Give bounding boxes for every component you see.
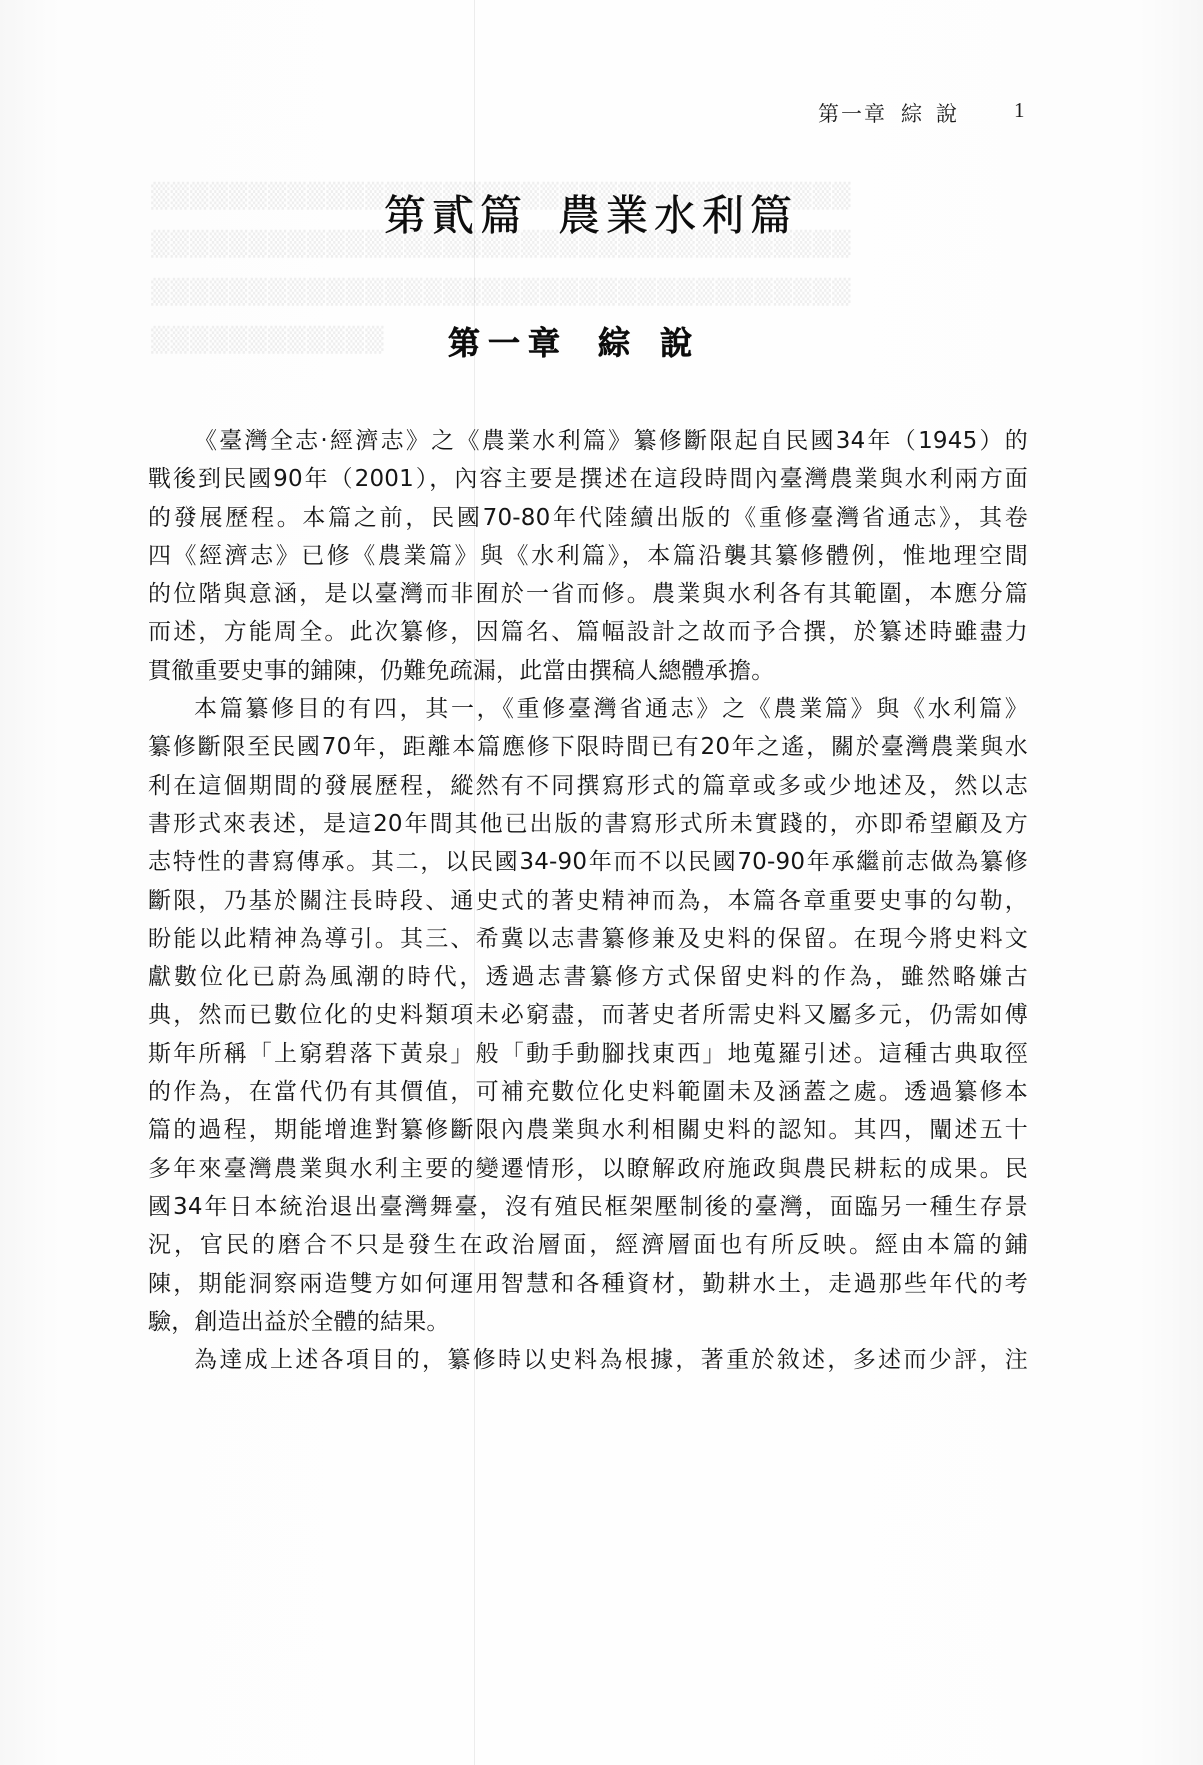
text-line: 戰後到民國90年（2001），內容主要是撰述在這段時間內臺灣農業與水利兩方面 [148,460,1028,498]
paragraph: 為達成上述各項目的，纂修時以史料為根據，著重於敘述，多述而少評，注 [148,1341,1028,1379]
text-line: 的作為，在當代仍有其價值，可補充數位化史料範圍未及涵蓋之處。透過纂修本 [148,1073,1028,1111]
running-head-chapter: 第一章 [818,102,887,126]
text-line: 況，官民的磨合不只是發生在政治層面，經濟層面也有所反映。經由本篇的鋪 [148,1226,1028,1264]
chapter-title-char: 綜 [598,324,630,362]
part-number: 第貳篇 [384,191,528,240]
part-title: 第貳篇農業水利篇 [384,183,798,243]
text-line: 而述，方能周全。此次纂修，因篇名、篇幅設計之故而予合撰，於纂述時雖盡力 [148,613,1028,651]
bleed-through-text: ▒▒▒▒▒▒▒▒▒▒▒▒▒▒▒▒▒▒▒▒▒▒▒▒▒▒▒▒▒▒▒▒▒▒▒▒ [150,278,850,306]
text-line: 的位階與意涵，是以臺灣而非囿於一省而修。農業與水利各有其範圍，本應分篇 [148,575,1028,613]
chapter-title-char: 第 [448,324,480,362]
text-line: 陳，期能洞察兩造雙方如何運用智慧和各種資材，勤耕水土，走過那些年代的考 [148,1265,1028,1303]
text-line: 四《經濟志》已修《農業篇》與《水利篇》，本篇沿襲其纂修體例，惟地理空間 [148,537,1028,575]
body-text: 《臺灣全志‧經濟志》之《農業水利篇》纂修斷限起自民國34年（1945）的 戰後到… [148,422,1028,1379]
text-line: 貫徹重要史事的鋪陳，仍難免疏漏，此當由撰稿人總體承擔。 [148,652,1028,690]
text-line: 多年來臺灣農業與水利主要的變遷情形，以瞭解政府施政與農民耕耘的成果。民 [148,1150,1028,1188]
text-line: 獻數位化已蔚為風潮的時代，透過志書纂修方式保留史料的作為，雖然略嫌古 [148,958,1028,996]
chapter-title: 第一章綜說 [448,318,692,364]
text-line: 斷限，乃基於關注長時段、通史式的著史精神而為，本篇各章重要史事的勾勒， [148,882,1028,920]
running-head-word: 綜 [901,102,922,126]
text-line: 利在這個期間的發展歷程，縱然有不同撰寫形式的篇章或多或少地述及，然以志 [148,767,1028,805]
text-line: 纂修斷限至民國70年，距離本篇應修下限時間已有20年之遙，關於臺灣農業與水 [148,728,1028,766]
text-line: 為達成上述各項目的，纂修時以史料為根據，著重於敘述，多述而少評，注 [148,1341,1028,1379]
text-line: 《臺灣全志‧經濟志》之《農業水利篇》纂修斷限起自民國34年（1945）的 [148,422,1028,460]
text-line: 篇的過程，期能增進對纂修斷限內農業與水利相關史料的認知。其四，闡述五十 [148,1111,1028,1149]
document-page: ▒▒▒▒▒▒▒▒▒▒▒▒▒▒▒▒▒▒▒▒▒▒▒▒▒▒▒▒▒▒▒▒▒▒▒▒ ▒▒▒… [0,0,1203,1765]
text-line: 的發展歷程。本篇之前，民國70-80年代陸續出版的《重修臺灣省通志》，其卷 [148,499,1028,537]
running-head: 第一章綜說 [818,98,957,128]
chapter-title-char: 章 [528,324,560,362]
page-number: 1 [1014,98,1025,123]
paragraph: 《臺灣全志‧經濟志》之《農業水利篇》纂修斷限起自民國34年（1945）的 戰後到… [148,422,1028,690]
running-head-word: 說 [936,102,957,126]
text-line: 驗，創造出益於全體的結果。 [148,1303,1028,1341]
text-line: 國34年日本統治退出臺灣舞臺，沒有殖民框架壓制後的臺灣，面臨另一種生存景 [148,1188,1028,1226]
text-line: 盼能以此精神為導引。其三、希冀以志書纂修兼及史料的保留。在現今將史料文 [148,920,1028,958]
text-line: 典，然而已數位化的史料類項未必窮盡，而著史者所需史料又屬多元，仍需如傅 [148,996,1028,1034]
text-line: 書形式來表述，是這20年間其他已出版的書寫形式所未實踐的，亦即希望顧及方 [148,805,1028,843]
bleed-through-text: ▒▒▒▒▒▒▒▒▒▒▒▒ [150,326,383,354]
part-name: 農業水利篇 [558,191,798,240]
chapter-title-char: 一 [488,324,520,362]
text-line: 志特性的書寫傳承。其二，以民國34-90年而不以民國70-90年承繼前志做為纂修 [148,843,1028,881]
text-line: 斯年所稱「上窮碧落下黃泉」般「動手動腳找東西」地蒐羅引述。這種古典取徑 [148,1035,1028,1073]
chapter-title-char: 說 [660,324,692,362]
paragraph: 本篇纂修目的有四，其一，《重修臺灣省通志》之《農業篇》與《水利篇》 纂修斷限至民… [148,690,1028,1341]
text-line: 本篇纂修目的有四，其一，《重修臺灣省通志》之《農業篇》與《水利篇》 [148,690,1028,728]
